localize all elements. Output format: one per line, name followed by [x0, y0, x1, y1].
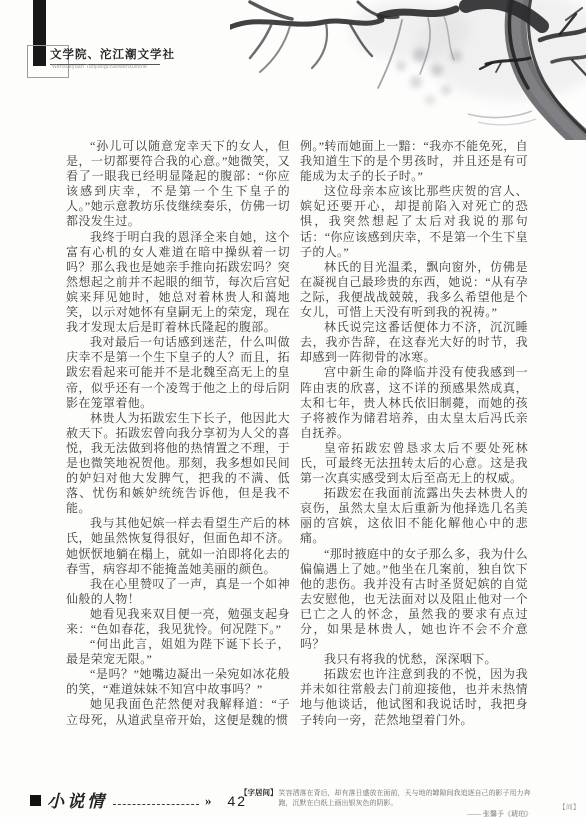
paragraph: 我只有将我的忧愁，深深咽下。: [300, 652, 528, 667]
paragraph: “那时掖庭中的女子那么多，我为什么偏偏遇上了她。”他坐在几案前，独自饮下他的悲伤…: [300, 547, 528, 653]
corner-page-mark: 【间】: [559, 802, 580, 811]
article-body: “孙儿可以随意宠幸天下的女人，但是，一切都要符合我的心意。”她微笑，又看了一眼我…: [66, 139, 528, 728]
paragraph: 我终于明白我的恩泽全来自她，这个富有心机的女人难道在暗中操纵着一切吗？那么我也是…: [66, 230, 290, 336]
paragraph: 皇帝拓跋宏曾恳求太后不要处死林氏，可最终无法扭转太后的心意。这是我第一次真实感受…: [300, 441, 528, 486]
section-name: 小说情: [47, 793, 107, 810]
paragraph: “何出此言，姐姐为陛下诞下长子，最是荣宠无限。”: [66, 637, 290, 667]
chevron-right-icon: »: [205, 793, 212, 809]
footer-quote-block: 【字居间】 笑容洒落在背后，却有落日盛放在面前，天与地的罅隙间我追逐自己的影子用…: [240, 788, 542, 817]
paragraph: 拓跋宏在我面前流露出失去林贵人的哀伤，虽然太皇太后重新为他择选几名美丽的宫嫔，这…: [300, 486, 528, 546]
paragraph: 宫中新生命的降临并没有使我感到一阵由衷的欣喜，这不详的预感果然成真，太和七年，贵…: [300, 365, 528, 440]
section-square-icon: [30, 795, 41, 806]
quote-text: 笑容洒落在背后，却有落日盛放在面前，天与地的罅隙间我追逐自己的影子用力奔跑，沉默…: [279, 789, 531, 807]
organization-title: 文学院、沱江潮文学社: [50, 46, 160, 65]
paragraph: 例。”转而她面上一黯：“我亦不能免死，自我知道生下的是个男孩时，并且还是有可能成…: [300, 139, 528, 184]
organization-romanized: Wenxueyuan Tuojiangchaowenxueshe: [52, 64, 172, 70]
article-column-right: 例。”转而她面上一黯：“我亦不能免死，自我知道生下的是个男孩时，并且还是有可能成…: [300, 139, 528, 728]
paragraph: 她见我面色茫然便对我解释道：“子立母死，从道武皇帝开始，这便是魏的惯: [66, 697, 290, 727]
paragraph: 她看见我来双目便一亮，勉强支起身来：“色如春花，我见犹怜。何况陛下。”: [66, 607, 290, 637]
quote-label: 【字居间】: [240, 788, 278, 798]
plum-branch-ink-painting: [230, 0, 586, 140]
paragraph: 这位母亲本应该比那些庆贺的宫人、嫔妃还要开心，却提前陷入对死亡的恐惧，我突然想起…: [300, 184, 528, 259]
paragraph: 我在心里赞叹了一声，真是一个如神仙般的人物！: [66, 577, 290, 607]
article-column-left: “孙儿可以随意宠幸天下的女人，但是，一切都要符合我的心意。”她微笑，又看了一眼我…: [66, 139, 290, 728]
paragraph: 拓跋宏也许注意到我的不悦，因为我并未如往常般去门前迎接他，也并未热情地与他谈话，…: [300, 667, 528, 727]
paragraph: “孙儿可以随意宠幸天下的女人，但是，一切都要符合我的心意。”她微笑，又看了一眼我…: [66, 139, 290, 230]
paragraph: 林贵人为拓跋宏生下长子，他因此大赦天下。拓跋宏曾向我分享初为人父的喜悦，我无法做…: [66, 411, 290, 517]
paragraph: “是吗？”她嘴边凝出一朵宛如冰花般的笑，“难道妹妹不知宫中故事吗？”: [66, 667, 290, 697]
paragraph: 我对最后一句话感到迷茫，什么叫做庆幸不是第一个生下皇子的人？而且，拓跋宏看起来可…: [66, 335, 290, 410]
magazine-page: 文学院、沱江潮文学社 Wenxueyuan Tuojiangchaowenxue…: [0, 0, 586, 817]
paragraph: 林氏的目光温柔，飘向窗外，仿佛是在凝视自己最珍贵的东西，她说：“从有孕之际，我便…: [300, 260, 528, 320]
paragraph: 林氏说完这番话便体力不济，沉沉睡去，我亦告辞，在这春光大好的时节，我却感到一阵彻…: [300, 320, 528, 365]
footer-section-indicator: 小说情 » 42: [30, 786, 247, 810]
dotted-leader: [113, 804, 199, 805]
quote-body: 笑容洒落在背后，却有落日盛放在面前，天与地的罅隙间我追逐自己的影子用力奔跑，沉默…: [279, 788, 543, 817]
quote-attribution: —— 张馨予《琥珀》: [279, 809, 543, 817]
paragraph: 我与其他妃嫔一样去看望生产后的林氏，她虽然恢复得很好，但面色却不济。她恹恹地躺在…: [66, 516, 290, 576]
